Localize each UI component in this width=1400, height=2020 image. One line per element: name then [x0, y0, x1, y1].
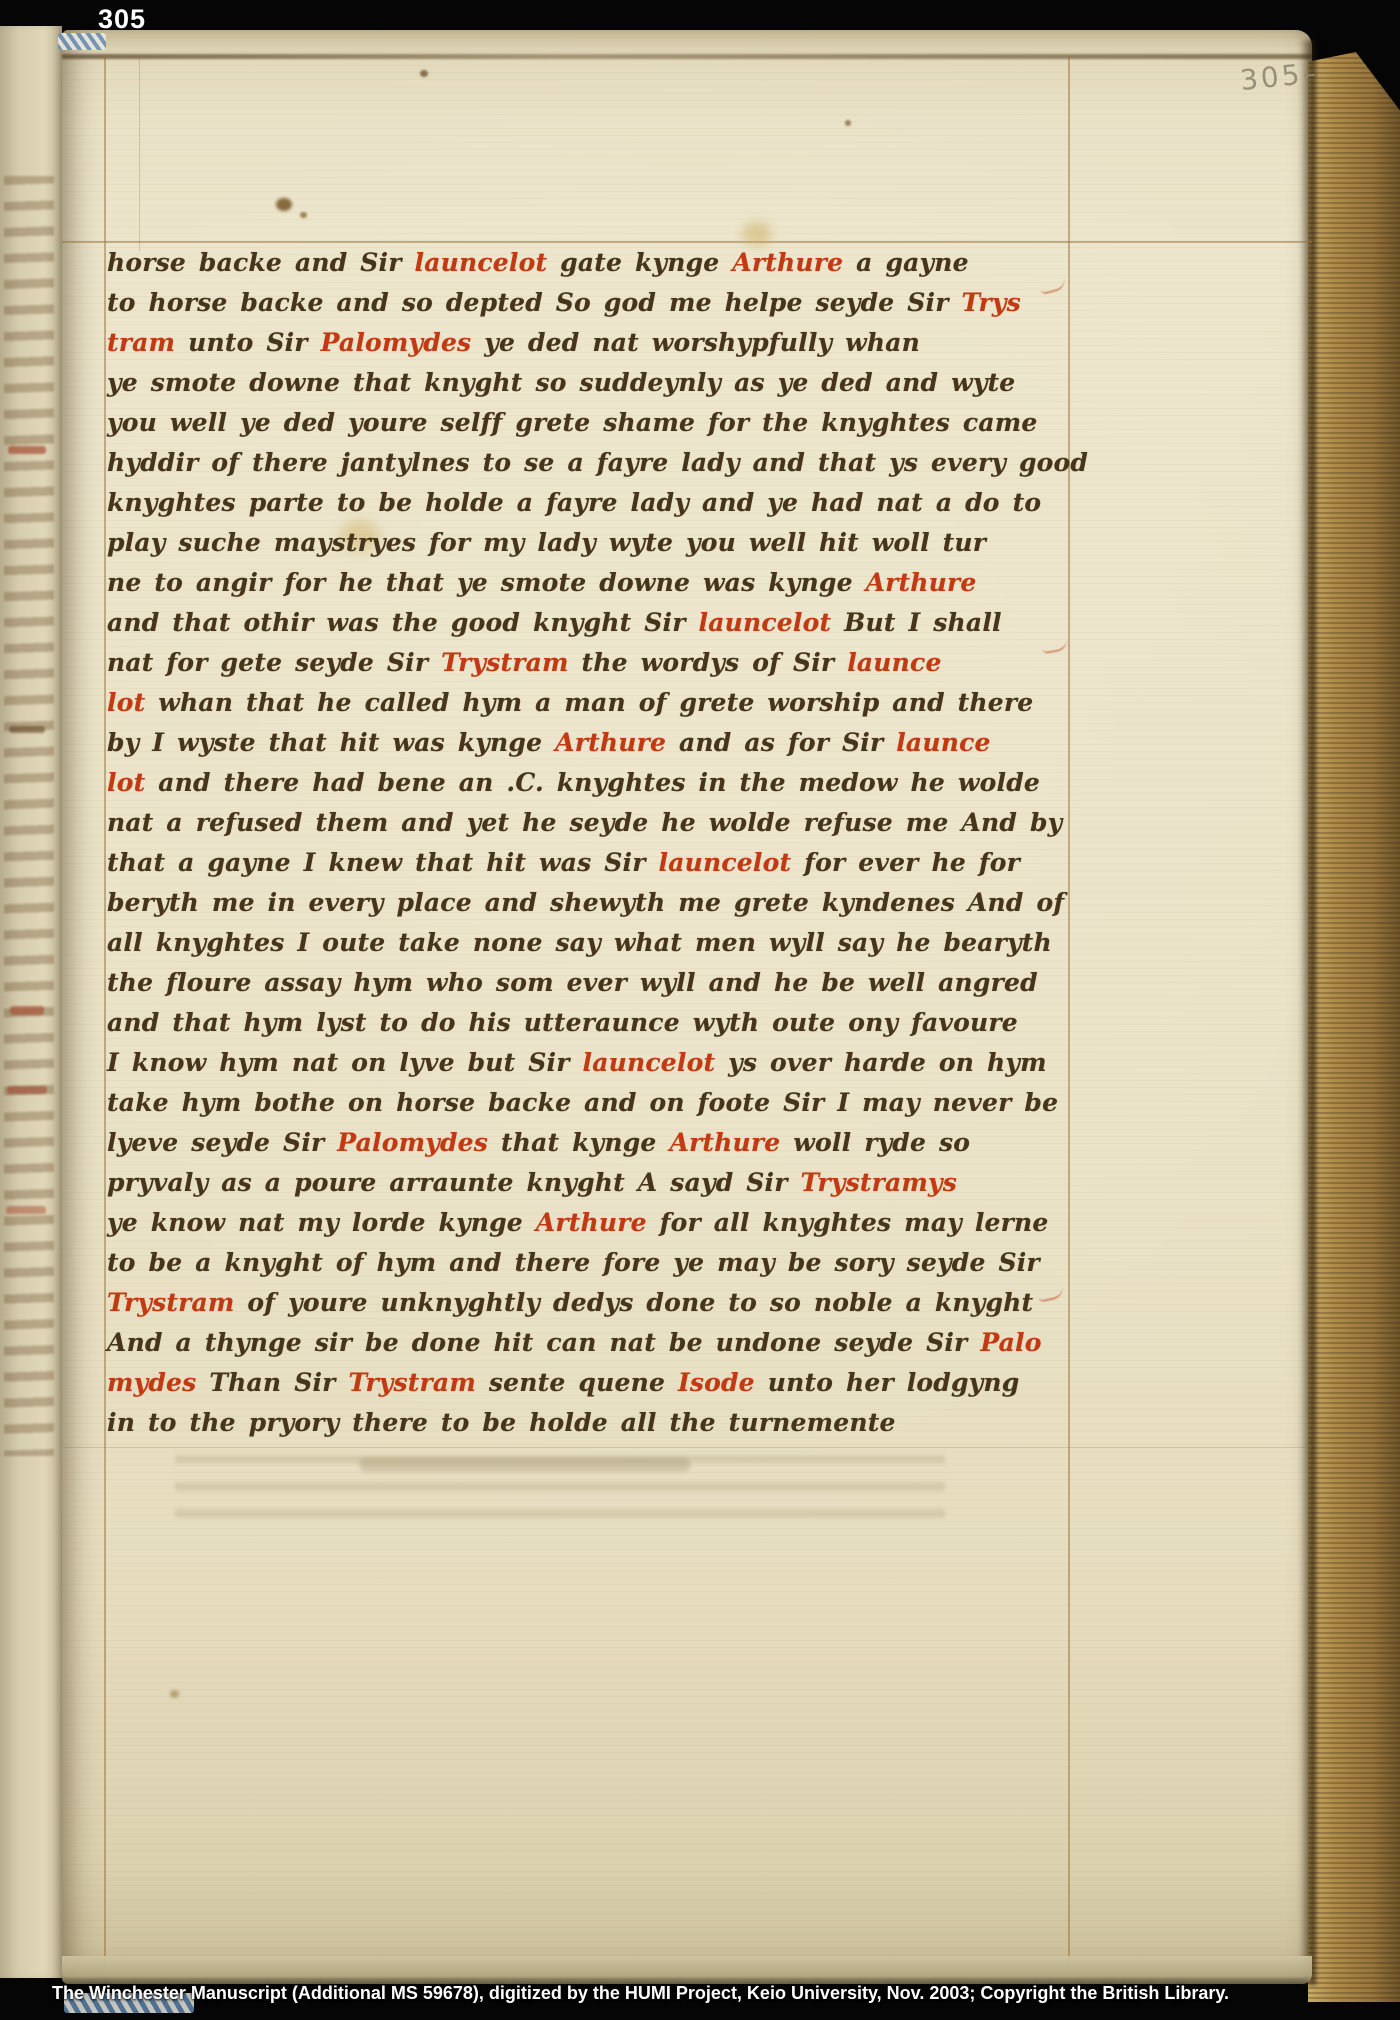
ink-text: knyghtes parte to be holde a fayre lady …	[107, 488, 1041, 517]
fleck	[420, 70, 428, 77]
rubricated-name: tram	[107, 328, 175, 357]
ink-text: that kynge	[488, 1128, 669, 1157]
ink-text: a gayne	[843, 248, 969, 277]
rubricated-name: lot	[107, 768, 145, 797]
ink-text: hyddir of there jantylnes to se a fayre …	[107, 448, 1088, 477]
ink-text: ne to angir for he that ye smote downe w…	[107, 568, 866, 597]
manuscript-line: take hym bothe on horse backe and on foo…	[107, 1083, 1013, 1123]
ink-text: and that othir was the good knyght Sir	[107, 608, 699, 637]
rubricated-name: launcelot	[583, 1048, 716, 1077]
ink-text: ye smote downe that knyght so suddeynly …	[107, 368, 1015, 397]
ink-text: beryth me in every place and shewyth me …	[107, 888, 1064, 917]
ruling-line-right	[1068, 56, 1070, 1968]
ink-text: And a thynge sir be done hit can nat be …	[107, 1328, 980, 1357]
rubricated-name: Arthure	[536, 1208, 647, 1237]
ink-text: the wordys of Sir	[569, 648, 848, 677]
rubricated-name: launcelot	[659, 848, 792, 877]
ruling-line-left	[104, 56, 106, 1968]
rubricated-name: lot	[107, 688, 145, 717]
ink-text: in to the pryory there to be holde all t…	[107, 1408, 896, 1437]
manuscript-line: and that hym lyst to do his utteraunce w…	[107, 1003, 1013, 1043]
manuscript-line: nat for gete seyde Sir Trystram the word…	[107, 643, 1013, 683]
manuscript-line: pryvaly as a poure arraunte knyght A say…	[107, 1163, 1013, 1203]
manuscript-line: nat a refused them and yet he seyde he w…	[107, 803, 1013, 843]
manuscript-line: lyeve seyde Sir Palomydes that kynge Art…	[107, 1123, 1013, 1163]
rubric-smudge	[10, 1006, 44, 1015]
manuscript-line: ye know nat my lorde kynge Arthure for a…	[107, 1203, 1013, 1243]
ink-text: unto Sir	[175, 328, 320, 357]
ink-text: horse backe and Sir	[107, 248, 415, 277]
manuscript-line: lot whan that he called hym a man of gre…	[107, 683, 1013, 723]
ink-text: by I wyste that hit was kynge	[107, 728, 555, 757]
ink-text: the floure assay hym who som ever wyll a…	[107, 968, 1038, 997]
rubricated-name: Arthure	[732, 248, 843, 277]
book-fore-edge	[1308, 52, 1400, 2002]
manuscript-line: and that othir was the good knyght Sir l…	[107, 603, 1013, 643]
manuscript-line: Trystram of youre unknyghtly dedys done …	[107, 1283, 1013, 1323]
rubricated-name: Palo	[980, 1328, 1041, 1357]
ruling-line-left-inner	[139, 56, 140, 251]
ink-text: nat for gete seyde Sir	[107, 648, 441, 677]
image-number-label: 305	[98, 4, 146, 35]
ink-text: But I shall	[831, 608, 1002, 637]
manuscript-line: hyddir of there jantylnes to se a fayre …	[107, 443, 1013, 483]
ink-text: ys over harde on hym	[715, 1048, 1047, 1077]
ink-text: pryvaly as a poure arraunte knyght A say…	[107, 1168, 801, 1197]
ink-text: for all knyghtes may lerne	[647, 1208, 1049, 1237]
photo-frame: horse backe and Sir launcelot gate kynge…	[0, 0, 1400, 2020]
manuscript-line: beryth me in every place and shewyth me …	[107, 883, 1013, 923]
ink-text: ye ded nat worshypfully whan	[471, 328, 920, 357]
ink-text: to be a knyght of hym and there fore ye …	[107, 1248, 1040, 1277]
rubricated-name: Trystram	[348, 1368, 476, 1397]
ink-text: for ever he for	[791, 848, 1020, 877]
manuscript-line: lot and there had bene an .C. knyghtes i…	[107, 763, 1013, 803]
rubricated-name: Trystramys	[801, 1168, 958, 1197]
rubricated-name: Palomydes	[321, 328, 472, 357]
rubricated-name: Arthure	[866, 568, 977, 597]
ink-blot	[300, 212, 307, 218]
ink-text: whan that he called hym a man of grete w…	[145, 688, 1033, 717]
rubricated-name: Arthure	[669, 1128, 780, 1157]
fleck	[170, 1690, 179, 1698]
manuscript-line: I know hym nat on lyve but Sir launcelot…	[107, 1043, 1013, 1083]
showthrough-scribbles	[4, 176, 54, 1456]
ink-text: unto her lodgyng	[755, 1368, 1020, 1397]
rubricated-name: launce	[847, 648, 941, 677]
manuscript-line: knyghtes parte to be holde a fayre lady …	[107, 483, 1013, 523]
headband-threads	[58, 33, 106, 50]
ink-text: of youre unknyghtly dedys done to so nob…	[235, 1288, 1034, 1317]
page-tail-edge	[62, 1956, 1312, 1984]
rubricated-name: launcelot	[699, 608, 832, 637]
manuscript-line: you well ye ded youre selff grete shame …	[107, 403, 1013, 443]
manuscript-line: And a thynge sir be done hit can nat be …	[107, 1323, 1013, 1363]
page-edge-shadow	[1300, 40, 1316, 1985]
ink-text: take hym bothe on horse backe and on foo…	[107, 1088, 1058, 1117]
ink-text: and there had bene an .C. knyghtes in th…	[145, 768, 1040, 797]
rubricated-name: Arthure	[555, 728, 666, 757]
ink-smudge	[9, 726, 45, 733]
ink-text: gate kynge	[547, 248, 732, 277]
manuscript-line: tram unto Sir Palomydes ye ded nat worsh…	[107, 323, 1013, 363]
manuscript-line: play suche maystryes for my lady wyte yo…	[107, 523, 1013, 563]
manuscript-line: the floure assay hym who som ever wyll a…	[107, 963, 1013, 1003]
rubricated-name: launcelot	[415, 248, 548, 277]
ink-text: nat a refused them and yet he seyde he w…	[107, 808, 1062, 837]
ink-text: Than Sir	[196, 1368, 348, 1397]
rubricated-name: Trys	[962, 288, 1021, 317]
manuscript-line: all knyghtes I oute take none say what m…	[107, 923, 1013, 963]
manuscript-line: in to the pryory there to be holde all t…	[107, 1403, 1013, 1443]
ink-text: and that hym lyst to do his utteraunce w…	[107, 1008, 1018, 1037]
ink-blot	[276, 198, 292, 211]
ink-text: lyeve seyde Sir	[107, 1128, 337, 1157]
rubricated-name: Isode	[678, 1368, 755, 1397]
facing-page-edge	[0, 26, 62, 1978]
ink-text: woll ryde so	[780, 1128, 970, 1157]
manuscript-text-block: horse backe and Sir launcelot gate kynge…	[107, 243, 1013, 1443]
ink-text: ye know nat my lorde kynge	[107, 1208, 536, 1237]
rubricated-name: Trystram	[441, 648, 569, 677]
rubric-smudge	[7, 1086, 47, 1094]
caption-text: The Winchester Manuscript (Additional MS…	[52, 1983, 1392, 2004]
ink-text: play suche maystryes for my lady wyte yo…	[107, 528, 986, 557]
manuscript-line: ne to angir for he that ye smote downe w…	[107, 563, 1013, 603]
manuscript-line: to horse backe and so depted So god me h…	[107, 283, 1013, 323]
ruling-line-bottom	[62, 1447, 1312, 1448]
rubric-smudge	[8, 446, 46, 454]
manuscript-line: to be a knyght of hym and there fore ye …	[107, 1243, 1013, 1283]
showthrough-ghost-text	[360, 1458, 690, 1472]
ink-text: to horse backe and so depted So god me h…	[107, 288, 962, 317]
ink-text: you well ye ded youre selff grete shame …	[107, 408, 1038, 437]
rubricated-name: Palomydes	[337, 1128, 488, 1157]
ink-text: I know hym nat on lyve but Sir	[107, 1048, 583, 1077]
rubricated-name: mydes	[107, 1368, 196, 1397]
manuscript-line: mydes Than Sir Trystram sente quene Isod…	[107, 1363, 1013, 1403]
manuscript-line: horse backe and Sir launcelot gate kynge…	[107, 243, 1013, 283]
rubricated-name: launce	[896, 728, 990, 757]
rubricated-name: Trystram	[107, 1288, 235, 1317]
fleck	[845, 120, 851, 126]
manuscript-line: by I wyste that hit was kynge Arthure an…	[107, 723, 1013, 763]
rubric-smudge	[6, 1206, 46, 1214]
ink-text: that a gayne I knew that hit was Sir	[107, 848, 659, 877]
ink-text: sente quene	[476, 1368, 678, 1397]
ink-text: all knyghtes I oute take none say what m…	[107, 928, 1052, 957]
manuscript-line: ye smote downe that knyght so suddeynly …	[107, 363, 1013, 403]
manuscript-line: that a gayne I knew that hit was Sir lau…	[107, 843, 1013, 883]
ink-text: and as for Sir	[666, 728, 896, 757]
